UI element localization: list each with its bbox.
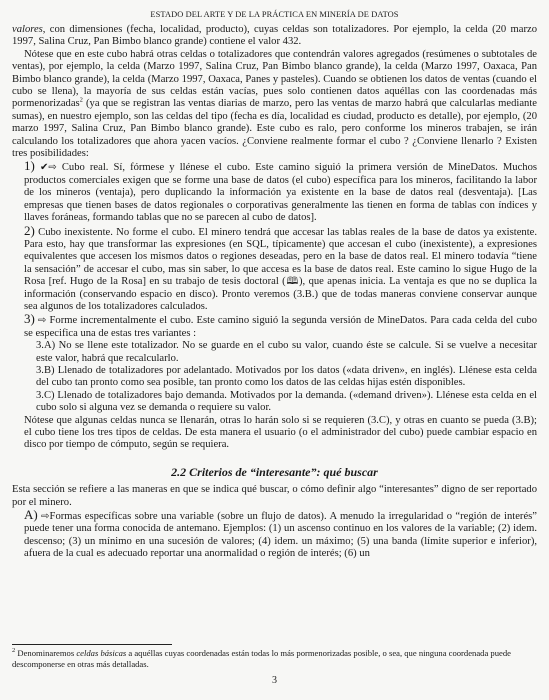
text: (ya que se registran las ventas diarias … <box>12 98 537 159</box>
text: Formas específicas sobre una variable (s… <box>24 511 537 559</box>
body-text: valores, con dimensiones (fecha, localid… <box>12 24 537 561</box>
book-icon: 🕮 <box>286 276 299 287</box>
text: , con dimensiones (fecha, localidad, pro… <box>12 24 537 47</box>
footnote-divider <box>12 644 172 645</box>
page-number: 3 <box>0 675 549 686</box>
text: Denominaremos <box>15 648 76 658</box>
item-number: 1) <box>24 158 35 173</box>
paragraph: valores, con dimensiones (fecha, localid… <box>12 24 537 49</box>
italic-term: celdas básicas <box>76 648 126 658</box>
sub-item-3a: 3.A) No se llene este totalizador. No se… <box>12 340 537 365</box>
italic-term: valores <box>12 24 43 35</box>
arrow-right-icon: ⇨ <box>48 162 56 173</box>
section-heading: 2.2 Criterios de “interesante”: qué busc… <box>12 466 537 478</box>
list-item-3: 3) ⇨ Forme incrementalmente el cubo. Est… <box>12 313 537 340</box>
text: Cubo real. Sí, fórmese y llénese el cubo… <box>24 162 537 223</box>
list-item-a: A) ⇨Formas específicas sobre una variabl… <box>12 509 537 561</box>
sub-item-3b: 3.B) Llenado de totalizadores por adelan… <box>12 365 537 390</box>
text: Forme incrementalmente el cubo. Este cam… <box>24 315 537 338</box>
item-number: 3) <box>24 311 35 326</box>
list-item-1: 1) ✔⇨ Cubo real. Sí, fórmese y llénese e… <box>12 160 537 224</box>
note-paragraph: Nótese que algunas celdas nunca se llena… <box>12 415 537 452</box>
list-item-2: 2) Cubo inexistente. No forme el cubo. E… <box>12 225 537 314</box>
running-header: ESTADO DEL ARTE Y DE LA PRÁCTICA EN MINE… <box>0 10 549 19</box>
paragraph: Nótese que en este cubo habrá otras celd… <box>12 49 537 161</box>
item-number: 2) <box>24 223 35 238</box>
document-page: ESTADO DEL ARTE Y DE LA PRÁCTICA EN MINE… <box>0 0 549 700</box>
arrow-right-icon: ⇨ <box>41 511 49 522</box>
footnote: 2 Denominaremos celdas básicas a aquélla… <box>12 648 537 670</box>
item-number: A) <box>24 507 38 522</box>
section-intro: Esta sección se refiere a las maneras en… <box>12 484 537 509</box>
sub-item-3c: 3.C) Llenado de totalizadores bajo deman… <box>12 390 537 415</box>
